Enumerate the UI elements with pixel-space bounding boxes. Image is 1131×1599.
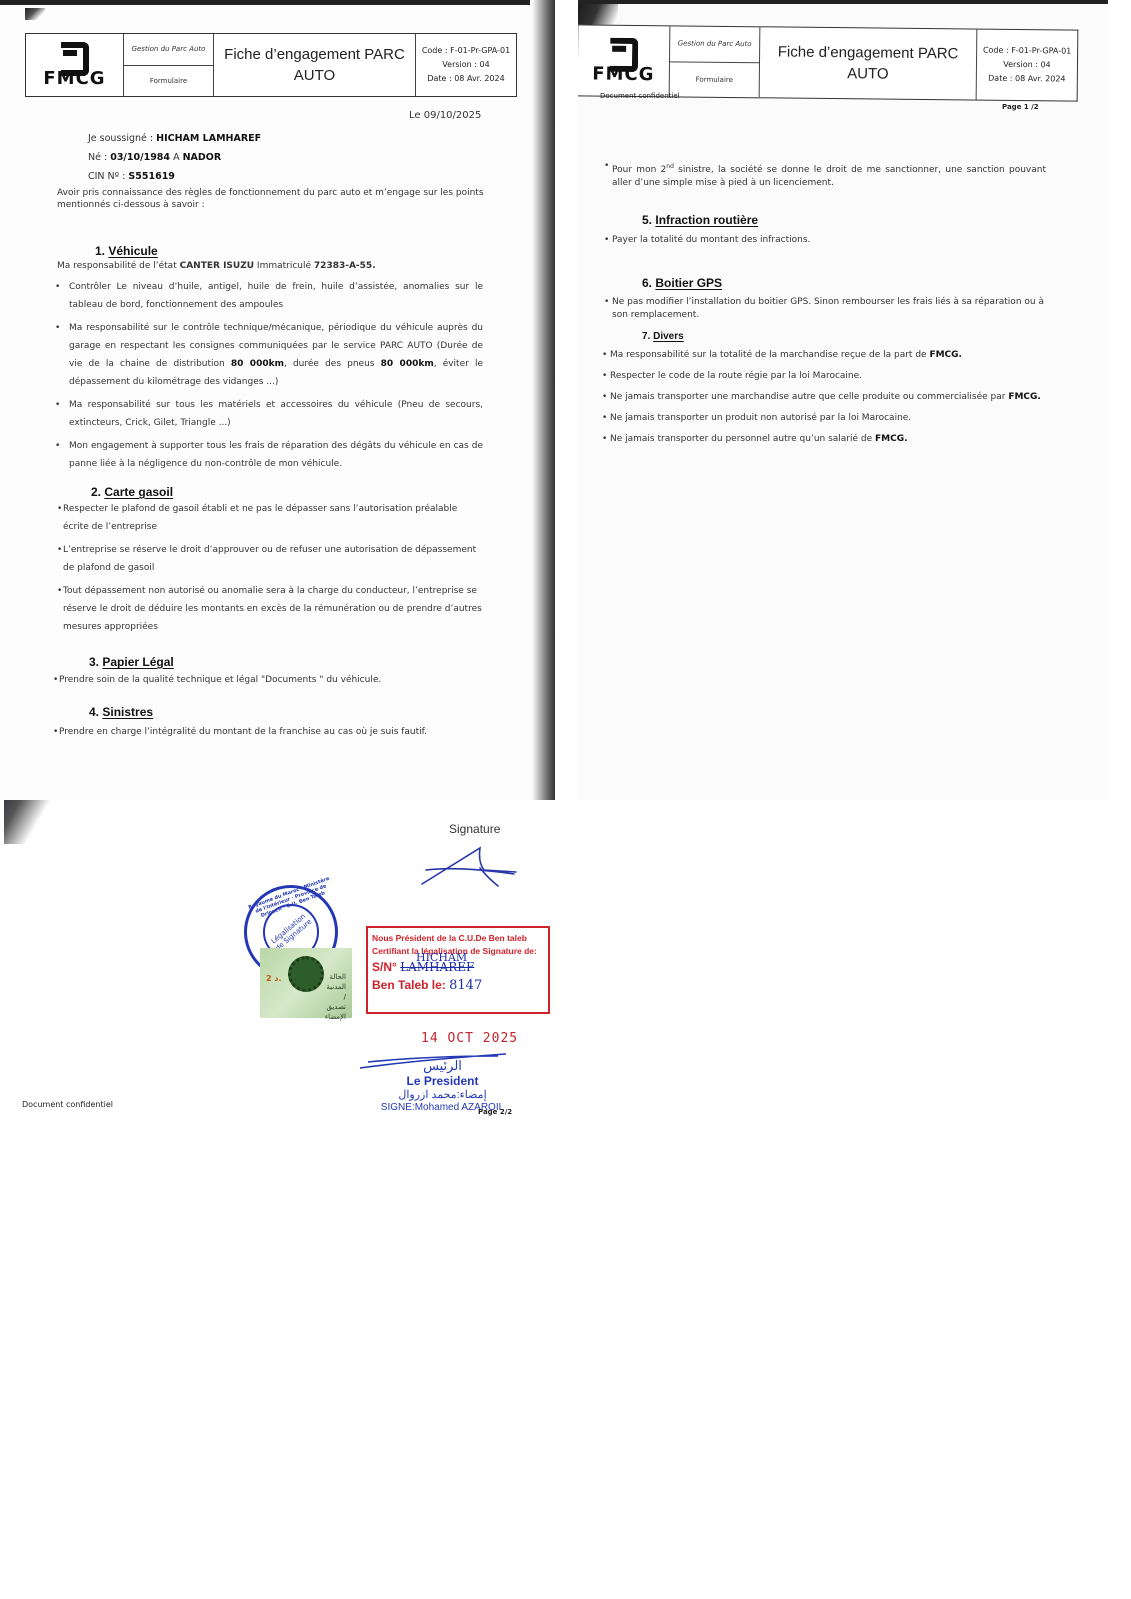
document-title: Fiche d’engagement PARC AUTO — [214, 34, 416, 96]
scan-edge-shadow — [578, 0, 1108, 4]
doc-code: Code : F-01-Pr-GPA-01 — [422, 44, 510, 58]
president-title: Le President — [360, 1074, 525, 1088]
page-3-scan: Signature Royaume du Maroc · Ministère d… — [0, 800, 565, 1599]
list-item: Tout dépassement non autorisé ou anomali… — [57, 582, 485, 636]
section-name: Infraction routière — [655, 213, 758, 227]
scan-edge-shadow — [532, 0, 555, 800]
fiscal-stamp: 2 د. الحالة المدنية / تصديق الإمضاء — [260, 948, 352, 1018]
list-item: Respecter le code de la route régie par … — [602, 370, 1052, 383]
doc-version: Version : 04 — [1003, 58, 1051, 72]
signature-label: Signature — [449, 822, 500, 836]
sinistres-bullets: Prendre en charge l’intégralité du monta… — [53, 723, 483, 746]
scan-corner-shadow — [4, 800, 56, 844]
list-item: Pour mon 2nd sinistre, la société se don… — [604, 160, 1046, 190]
list-item: Ne jamais transporter un produit non aut… — [602, 412, 1052, 425]
president-stamp: الرئيس Le President إمضاء:محمد ازروال SI… — [360, 1058, 525, 1114]
document-title: Fiche d’engagement PARC AUTO — [760, 27, 978, 99]
doc-code: Code : F-01-Pr-GPA-01 — [983, 44, 1071, 59]
stamp-line-1: Nous Président de la C.U.De Ben taleb — [372, 932, 544, 945]
handwritten-number: 8147 — [449, 978, 482, 993]
superscript: nd — [666, 163, 674, 170]
fmcg-arrow-icon — [610, 37, 638, 59]
list-item: Respecter le plafond de gasoil établi et… — [57, 500, 485, 536]
company-logo: FMCG — [578, 25, 670, 96]
section-number: 5. — [642, 213, 652, 227]
section-name: Boitier GPS — [655, 276, 722, 290]
list-item: Ma responsabilité sur le contrôle techni… — [55, 319, 483, 391]
confidential-label: Document confidentiel — [22, 1100, 113, 1109]
title-line-2: AUTO — [847, 63, 889, 84]
page-number: Page 2/2 — [478, 1108, 512, 1116]
list-item: Ma responsabilité sur la totalité de la … — [602, 349, 1052, 362]
department-label: Gestion du Parc Auto — [670, 26, 759, 61]
identity-block: Je soussigné : HICHAM LAMHAREF Né : 03/1… — [88, 129, 261, 186]
soussigne-label: Je soussigné : — [88, 133, 153, 144]
section-number: 1. — [95, 244, 105, 258]
soussigne-line: Je soussigné : HICHAM LAMHAREF — [88, 129, 261, 148]
page-number: Page 1 /2 — [1002, 103, 1039, 111]
section-name: Divers — [653, 331, 684, 342]
section-title-divers: 7. Divers — [642, 331, 684, 342]
vehicule-lead: Ma responsabilité de l’état CANTER ISUZU… — [57, 260, 497, 272]
certification-stamp: Nous Président de la C.U.De Ben taleb Ce… — [366, 926, 550, 1014]
birth-place: NADOR — [183, 152, 222, 163]
page-2-scan: FMCG Gestion du Parc Auto Formulaire Fic… — [578, 0, 1108, 800]
lead-mid: Immatriculé — [257, 261, 311, 271]
list-item: Ne jamais transporter du personnel autre… — [602, 433, 1052, 446]
list-item: L’entreprise se réserve le droit d’appro… — [57, 541, 485, 577]
lead-prefix: Ma responsabilité de l’état — [57, 261, 177, 271]
employee-signature — [418, 844, 518, 890]
list-item: Mon engagement à supporter tous les frai… — [55, 437, 483, 473]
list-item: Prendre en charge l’intégralité du monta… — [53, 723, 483, 741]
section-number: 2. — [91, 485, 101, 499]
intro-paragraph: Avoir pris connaissance des règles de fo… — [57, 187, 487, 211]
president-arabic-title: الرئيس — [360, 1058, 525, 1074]
section-title-boitier-gps: 6. Boitier GPS — [642, 276, 722, 290]
scan-corner-shadow — [25, 8, 45, 20]
boitier-gps-bullets: Ne pas modifier l’installation du boitie… — [604, 296, 1044, 330]
list-item: Ma responsabilité sur tous les matériels… — [55, 396, 483, 432]
section-title-carte-gasoil: 2. Carte gasoil — [91, 485, 173, 499]
papier-legal-bullets: Prendre soin de la qualité technique et … — [53, 671, 483, 694]
section-name: Sinistres — [102, 705, 153, 719]
list-item: Contrôler Le niveau d’huile, antigel, hu… — [55, 278, 483, 314]
header-meta: Gestion du Parc Auto Formulaire — [670, 26, 761, 97]
carte-gasoil-bullets: Respecter le plafond de gasoil établi et… — [57, 500, 485, 641]
vehicle-plate: 72383-A-55. — [314, 261, 376, 271]
stamp-value: 2 د. — [266, 974, 282, 983]
handwritten-first-name: HICHAM — [416, 949, 467, 967]
document-header: FMCG Gestion du Parc Auto Formulaire Fic… — [25, 33, 517, 97]
birth-line: Né : 03/10/1984 A NADOR — [88, 148, 261, 167]
section-number: 7. — [642, 331, 650, 342]
doc-date: Date : 08 Avr. 2024 — [427, 72, 504, 86]
section-name: Véhicule — [108, 244, 157, 258]
letter-date: Le 09/10/2025 — [409, 110, 481, 121]
cin-number: S551619 — [128, 171, 175, 182]
divers-bullets: Ma responsabilité sur la totalité de la … — [602, 349, 1052, 454]
section-title-sinistres: 4. Sinistres — [89, 705, 153, 719]
section-number: 6. — [642, 276, 652, 290]
emblem-icon — [288, 956, 324, 992]
section-name: Papier Légal — [102, 655, 173, 669]
stamp-arabic-text: الحالة المدنية / تصديق الإمضاء — [322, 972, 346, 1022]
section-title-papier-legal: 3. Papier Légal — [89, 655, 174, 669]
doc-type-label: Formulaire — [124, 65, 213, 97]
list-item: Ne pas modifier l’installation du boitie… — [604, 296, 1044, 322]
cin-label: CIN Nº : — [88, 171, 125, 182]
scan-edge-shadow — [0, 0, 530, 5]
list-item: Ne jamais transporter une marchandise au… — [602, 391, 1052, 404]
list-item: Prendre soin de la qualité technique et … — [53, 671, 483, 689]
title-line-2: AUTO — [294, 65, 335, 86]
section-number: 3. — [89, 655, 99, 669]
page-1-scan: FMCG Gestion du Parc Auto Formulaire Fic… — [0, 0, 555, 800]
title-line-1: Fiche d’engagement PARC — [224, 44, 405, 65]
serial-label: S/N° — [372, 960, 397, 974]
employee-name: HICHAM LAMHAREF — [156, 133, 261, 144]
document-header: FMCG Gestion du Parc Auto Formulaire Fic… — [578, 24, 1078, 101]
title-line-1: Fiche d’engagement PARC — [778, 41, 959, 64]
document-code-block: Code : F-01-Pr-GPA-01 Version : 04 Date … — [416, 34, 516, 96]
document-code-block: Code : F-01-Pr-GPA-01 Version : 04 Date … — [977, 30, 1078, 101]
department-label: Gestion du Parc Auto — [124, 34, 213, 65]
date-stamp: 14 OCT 2025 — [421, 1031, 518, 1046]
date-label: Ben Taleb le: — [372, 978, 446, 992]
doc-version: Version : 04 — [442, 58, 489, 72]
doc-type-label: Formulaire — [670, 61, 759, 97]
sinistre-continued-bullets: Pour mon 2nd sinistre, la société se don… — [604, 160, 1046, 198]
vehicle-model: CANTER ISUZU — [180, 261, 254, 271]
section-name: Carte gasoil — [104, 485, 173, 499]
stamp-line-3: S/N° HICHAM LAMHAREF — [372, 958, 544, 976]
header-meta: Gestion du Parc Auto Formulaire — [124, 34, 214, 96]
confidential-label: Document confidentiel — [600, 92, 680, 100]
doc-date: Date : 08 Avr. 2024 — [988, 72, 1066, 87]
company-logo: FMCG — [26, 34, 124, 96]
fmcg-arrow-icon — [61, 42, 89, 64]
cin-line: CIN Nº : S551619 — [88, 167, 261, 186]
birth-date: 03/10/1984 — [110, 152, 170, 163]
birth-a: A — [173, 152, 180, 163]
section-title-vehicule: 1. Véhicule — [95, 244, 158, 258]
infraction-bullets: Payer la totalité du montant des infract… — [604, 234, 1046, 255]
president-arabic-name: إمضاء:محمد ازروال — [360, 1088, 525, 1102]
vehicule-bullets: Contrôler Le niveau d’huile, antigel, hu… — [55, 278, 483, 478]
stamp-line-4: Ben Taleb le: 8147 — [372, 976, 544, 995]
section-title-infraction-routiere: 5. Infraction routière — [642, 213, 758, 227]
section-number: 4. — [89, 705, 99, 719]
birth-label: Né : — [88, 152, 107, 163]
list-item: Payer la totalité du montant des infract… — [604, 234, 1046, 247]
